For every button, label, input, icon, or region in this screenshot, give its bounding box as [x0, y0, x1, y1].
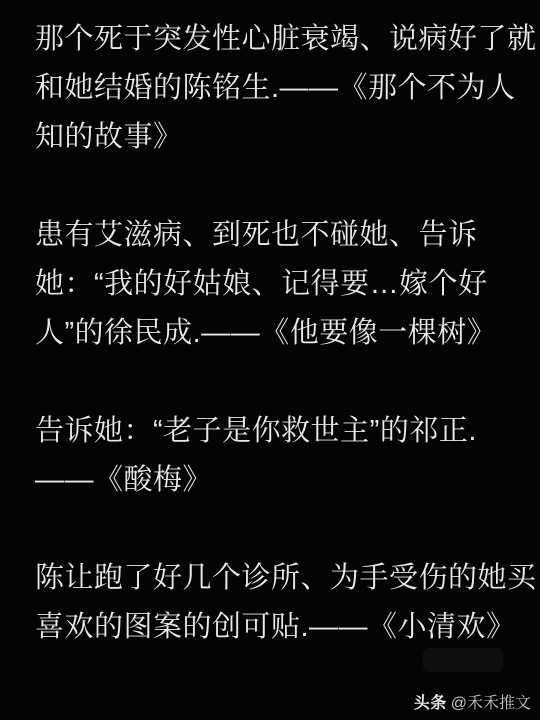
quote-list: 那个死于突发性心脏衰竭、说病好了就 和她结婚的陈铭生.——《那个不为人 知的故事… [35, 15, 520, 701]
quote-paragraph-3: 告诉她：“老子是你救世主”的祁正. ——《酸梅》 [35, 407, 520, 505]
quote-line: 和她结婚的陈铭生.——《那个不为人 [35, 64, 520, 113]
quote-line: 喜欢的图案的创可贴.——《小清欢》 [35, 603, 520, 652]
quote-line: 她：“我的好姑娘、记得要…嫁个好 [35, 260, 520, 309]
quote-line: 那个死于突发性心脏衰竭、说病好了就 [35, 15, 520, 64]
quote-paragraph-4: 陈让跑了好几个诊所、为手受伤的她买 喜欢的图案的创可贴.——《小清欢》 [35, 554, 520, 652]
quote-paragraph-2: 患有艾滋病、到死也不碰她、告诉 她：“我的好姑娘、记得要…嫁个好 人”的徐民成.… [35, 211, 520, 358]
text-card: 那个死于突发性心脏衰竭、说病好了就 和她结婚的陈铭生.——《那个不为人 知的故事… [0, 0, 540, 720]
watermark-smudge [423, 648, 503, 672]
quote-line: 人”的徐民成.——《他要像一棵树》 [35, 309, 520, 358]
quote-paragraph-1: 那个死于突发性心脏衰竭、说病好了就 和她结婚的陈铭生.——《那个不为人 知的故事… [35, 15, 520, 162]
toutiao-logo: 头条 [414, 695, 447, 712]
watermark: 头条@禾禾推文 [414, 694, 531, 714]
quote-line: 告诉她：“老子是你救世主”的祁正. [35, 407, 520, 456]
quote-line: 患有艾滋病、到死也不碰她、告诉 [35, 211, 520, 260]
quote-line: 知的故事》 [35, 113, 520, 162]
quote-line: 陈让跑了好几个诊所、为手受伤的她买 [35, 554, 520, 603]
quote-line: ——《酸梅》 [35, 456, 520, 505]
watermark-handle: @禾禾推文 [451, 695, 531, 712]
